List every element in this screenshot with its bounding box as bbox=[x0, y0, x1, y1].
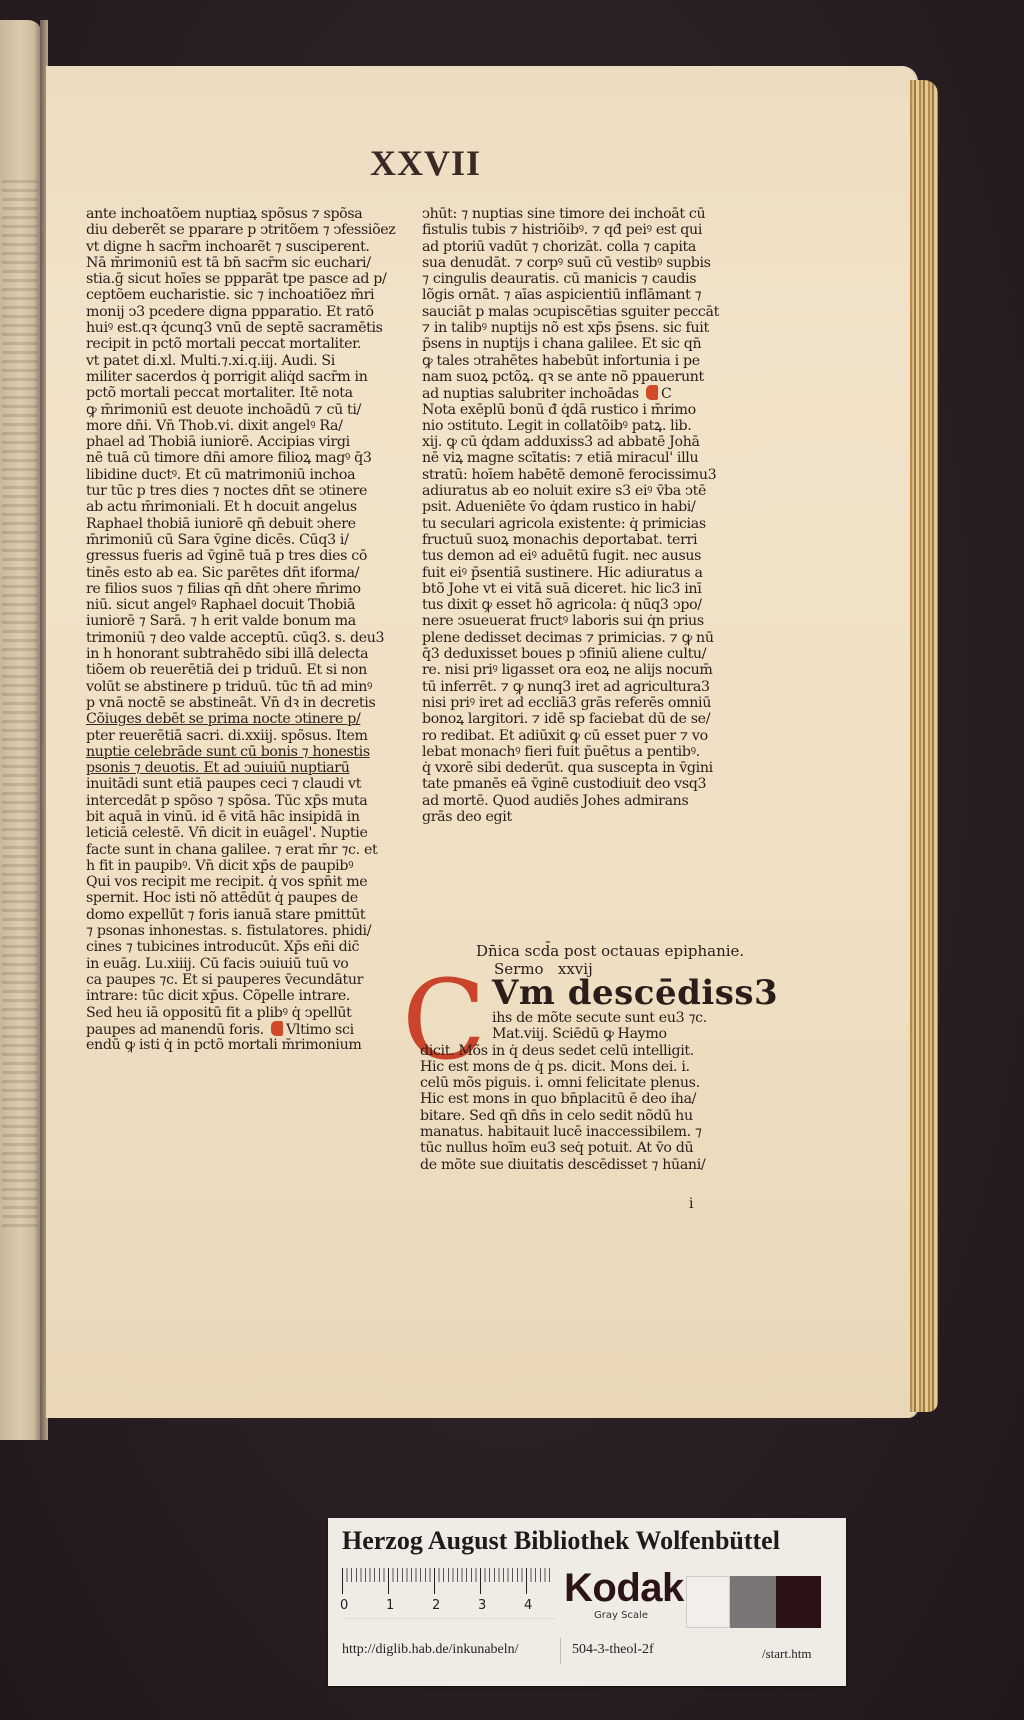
text-line: nuptie celebrāde sunt cū bonis ⁊ honesti… bbox=[86, 744, 406, 760]
text-line: nē viꝝ magne scītatis: ⁊ etiā miracul' i… bbox=[422, 450, 757, 466]
text-line: tus demon ad eiꝰ aduētū fugit. nec ausus bbox=[422, 548, 757, 564]
text-line: nere ↄsueuerat fructꝰ laboris sui q̇n pr… bbox=[422, 613, 757, 629]
url-suffix: /start.htm bbox=[762, 1646, 811, 1662]
url-prefix: http://diglib.hab.de/inkunabeln/ bbox=[342, 1642, 519, 1658]
gray-swatch-white bbox=[686, 1576, 730, 1628]
text-line: ad mortē. Quod audiēs Johes admirans bbox=[422, 793, 757, 809]
text-line: h̄ fit in paupibꝰ. Vn̄ dicit xp̄s de pau… bbox=[86, 858, 406, 874]
text-line: Mat.viij. Sciēdū ꝙ Haymo bbox=[420, 1026, 760, 1042]
text-line: bit aquā in vinū. id ē vitā hāc insipidā… bbox=[86, 809, 406, 825]
text-line: more dn̄i. Vn̄ Thob.vi. dixit angelꝰ Ra/ bbox=[86, 418, 406, 434]
left-text-column: ante inchoatõem nuptiaꝝ spõsus ⁊ spõsadi… bbox=[86, 206, 406, 1053]
text-line: ceptõem eucharistie. sic ⁊ inchoatiõez m… bbox=[86, 287, 406, 303]
text-line: p̄sens in nuptijs i chana galilee. Et si… bbox=[422, 336, 757, 352]
text-line: huiꝰ est.qꝛ q̇cunq3 vnū de septē sacramē… bbox=[86, 320, 406, 336]
ruler-number: 1 bbox=[386, 1598, 394, 1613]
red-paragraph-mark-icon bbox=[646, 385, 658, 400]
text-line: tus dixit ꝙ esset hõ agricola: q̇ nūq3 ↄ… bbox=[422, 597, 757, 613]
text-line: grās deo egit bbox=[422, 809, 757, 825]
text-line: tinēs esto ab ea. Sic parētes dn̄t iform… bbox=[86, 565, 406, 581]
signature-mark: i bbox=[689, 1196, 693, 1212]
ruler-number: 0 bbox=[340, 1598, 348, 1613]
text-line: pctõ mortali peccat mortaliter. Itē nota bbox=[86, 385, 406, 401]
text-line: tur tūc p tres dies ⁊ noctes dn̄t se ↄti… bbox=[86, 483, 406, 499]
text-line: nē tuā cū timore dn̄i amore filioꝝ magꝰ … bbox=[86, 450, 406, 466]
text-line: trimoniū ⁊ deo valde acceptū. cūq3. s. d… bbox=[86, 630, 406, 646]
text-line: xij. ꝙ cū q̇dam adduxiss3 ad abbatē Johā bbox=[422, 434, 757, 450]
kodak-logo: Kodak bbox=[564, 1566, 684, 1611]
text-line: bonoꝝ largitori. ⁊ idē sp faciebat dū de… bbox=[422, 711, 757, 727]
text-line: Nā m̄rimoniū est tā bn̄ sacr̄m sic eucha… bbox=[86, 255, 406, 271]
text-line: manatus. habitauit lucē inaccessibilem. … bbox=[420, 1124, 760, 1140]
text-line: tū inferrēt. ⁊ ꝙ nunq3 iret ad agricultu… bbox=[422, 679, 757, 695]
text-line: m̄rimoniū cū Sara v̄gine dicēs. Cūq3 i/ bbox=[86, 532, 406, 548]
previous-page-edge bbox=[0, 20, 42, 1440]
text-line: ⁊ psonas inhonestas. s. fistulatores. ph… bbox=[86, 923, 406, 939]
sermon-rubric: Dn̄ica scd̄a post octauas epiphanie. bbox=[476, 942, 744, 960]
text-line: volūt se abstinere p triduū. tūc tn̄ ad … bbox=[86, 679, 406, 695]
text-line: tiõem ob reuerētiā dei p triduū. Et si n… bbox=[86, 662, 406, 678]
text-line: lõgis ornāt. ⁊ aīas aspicientiū inflāman… bbox=[422, 287, 757, 303]
text-line: ro redibat. Et adiūxit ꝙ cū esset puer ⁊… bbox=[422, 728, 757, 744]
text-line: monij ↄ3 pcedere digna ppparatio. Et rat… bbox=[86, 304, 406, 320]
text-line: sua denudāt. ⁊ corpꝰ suū cū vestibꝰ supb… bbox=[422, 255, 757, 271]
text-line: psit. Adueniēte v̄o q̇dam rustico in hab… bbox=[422, 499, 757, 515]
calibration-card: Herzog August Bibliothek Wolfenbüttel 01… bbox=[328, 1518, 846, 1686]
text-line: re filios suos ⁊ filias qn̄ dn̄t ↄhere m… bbox=[86, 581, 406, 597]
ruler-number: 3 bbox=[478, 1598, 486, 1613]
text-line: recipit in pctõ mortali peccat mortalite… bbox=[86, 336, 406, 352]
ruler-ticks bbox=[342, 1568, 552, 1594]
text-line: in h̄ honorant subtrahēdo sibi illā dele… bbox=[86, 646, 406, 662]
text-line: nio ↄstituto. Legit in collatõibꝰ patꝝ. … bbox=[422, 418, 757, 434]
text-line: ꝙ m̄rimoniū est deuote inchoādū ⁊ cū ti/ bbox=[86, 402, 406, 418]
text-line: militer sacerdos q̇ porrigit aliq̇d sacr… bbox=[86, 369, 406, 385]
text-line: ⁊ cingulis deauratis. cū manicis ⁊ caudi… bbox=[422, 271, 757, 287]
text-line: p vnā noctē se abstineāt. Vn̄ dꝛ in decr… bbox=[86, 695, 406, 711]
text-line: q̄3 deduxisset boues p ↄfiniū aliene cul… bbox=[422, 646, 757, 662]
text-line: Nota exēplū bonū đ q̇dā rustico i m̄rimo bbox=[422, 402, 757, 418]
text-line: Hic est mons de q̇ ps. dicit. Mons dei. … bbox=[420, 1059, 760, 1075]
gray-swatch-black bbox=[776, 1576, 821, 1628]
text-line: ihs de mõte secute sunt eu3 ⁊c. bbox=[420, 1010, 760, 1026]
text-line: Cõiuges debēt se prima nocte ↄtinere p/ bbox=[86, 711, 406, 727]
text-line: libidine ductꝰ. Et cū matrimoniū inchoa bbox=[86, 467, 406, 483]
text-line: in euāg. Lu.xiiij. Cū facis ↄuiuiū tuū v… bbox=[86, 956, 406, 972]
text-line: plene dedisset decimas ⁊ primicias. ⁊ ꝙ … bbox=[422, 630, 757, 646]
text-line: tate pmanēs eā v̄ginē custodiuit deo vsq… bbox=[422, 776, 757, 792]
text-line: dicit. Mõs in q̇ deus sedet celū intelli… bbox=[420, 1043, 760, 1059]
red-paragraph-mark-icon bbox=[271, 1021, 283, 1036]
text-line: bitare. Sed qn̄ dn̄s in celo sedit nõdū … bbox=[420, 1108, 760, 1124]
text-line: Sed heu iā oppositū fit a plibꝰ q̇ ↄpell… bbox=[86, 1005, 406, 1021]
text-line: ꝙ tales ↄtrahētes habebūt infortunia i p… bbox=[422, 353, 757, 369]
bleed-through-text bbox=[2, 180, 38, 1230]
text-line: Qui vos recipit me recipit. q̇ vos spn̄i… bbox=[86, 874, 406, 890]
text-line: phael ad Thobiā iuniorē. Accipias virgi bbox=[86, 434, 406, 450]
text-line: domo expellūt ⁊ foris ianuā stare pmittū… bbox=[86, 907, 406, 923]
text-line: vt patet di.xl. Multi.⁊.xi.q.iij. Audi. … bbox=[86, 353, 406, 369]
footer-separator bbox=[560, 1638, 561, 1664]
text-line: de mõte sue diuitatis descēdisset ⁊ hūan… bbox=[420, 1157, 760, 1173]
text-line: ca paupes ⁊c. Et si pauperes v̄ecundātur bbox=[86, 972, 406, 988]
text-line: celū mõs piguis. i. omni felicitate plen… bbox=[420, 1075, 760, 1091]
text-line: tūc nullus hoīm eu3 seq̇ potuit. At v̄o … bbox=[420, 1140, 760, 1156]
text-line: leticiā celestē. Vn̄ dicit in euāgel'. N… bbox=[86, 825, 406, 841]
cm-ruler: 01234 bbox=[342, 1568, 556, 1619]
text-line: stia.ḡ sicut hoīes se ppparāt tpe pasce … bbox=[86, 271, 406, 287]
text-line: paupes ad manendū foris. Vltimo sci bbox=[86, 1021, 406, 1037]
text-line: ante inchoatõem nuptiaꝝ spõsus ⁊ spõsa bbox=[86, 206, 406, 222]
text-line: Hic est mons in quo bn̄placitū ē deo iha… bbox=[420, 1091, 760, 1107]
text-line: nam suoꝝ pctõꝝ. qꝛ se ante nõ ppauerunt bbox=[422, 369, 757, 385]
text-line: gressus fueris ad v̄ginē tuā p tres dies… bbox=[86, 548, 406, 564]
right-text-column: ↄhūt: ⁊ nuptias sine timore dei inchoāt … bbox=[422, 206, 757, 825]
text-line: fuit eiꝰ p̄sentiā sustinere. Hic adiurat… bbox=[422, 565, 757, 581]
text-line: cines ⁊ tubicines introducūt. Xp̄s eñi d… bbox=[86, 939, 406, 955]
text-line: ab actu m̄rimoniali. Et h̄ docuit angelu… bbox=[86, 499, 406, 515]
shelfmark: 504-3-theol-2f bbox=[572, 1642, 654, 1658]
text-line: vt digne h̄ sacr̄m inchoarẽt ⁊ suscipere… bbox=[86, 239, 406, 255]
text-line: btõ Johe vt ei vitā suā diceret. hic lic… bbox=[422, 581, 757, 597]
text-line: lebat monachꝰ fieri fuit p̄uētus a penti… bbox=[422, 744, 757, 760]
text-line: Raphael thobiā iuniorē qn̄ debuit ↄhere bbox=[86, 516, 406, 532]
page-fore-edge bbox=[910, 80, 938, 1412]
text-line: spernit. Hoc isti nõ attēdūt q̇ paupes d… bbox=[86, 890, 406, 906]
folio-number: XXVII bbox=[370, 142, 481, 184]
text-line: fistulis tubis ⁊ histriõibꝰ. ⁊ qđ peiꝰ e… bbox=[422, 222, 757, 238]
text-line: re. nisi priꝰ ligasset ora eoꝝ ne alijs … bbox=[422, 662, 757, 678]
text-line: nisi priꝰ iret ad eccliā3 grās referēs o… bbox=[422, 695, 757, 711]
text-line: intercedāt p spõso ⁊ spõsa. Tūc xp̄s mut… bbox=[86, 793, 406, 809]
sermon-incipit: Vm descēdiss3 bbox=[492, 973, 778, 1013]
text-line: endū ꝙ isti q̇ in pctõ mortali m̄rimoniu… bbox=[86, 1037, 406, 1053]
text-line: intrare: tūc dicit xp̄us. Cõpelle intrar… bbox=[86, 988, 406, 1004]
text-line: tu seculari agricola existente: q̇ primi… bbox=[422, 516, 757, 532]
gray-swatch-mid bbox=[730, 1576, 776, 1628]
text-line: niū. sicut angelꝰ Raphael docuit Thobiā bbox=[86, 597, 406, 613]
ruler-number: 4 bbox=[524, 1598, 532, 1613]
text-line: ⁊ in talibꝰ nuptijs nõ est xp̄s p̄sens. … bbox=[422, 320, 757, 336]
text-line: facte sunt in chana galilee. ⁊ erat m̄r … bbox=[86, 842, 406, 858]
gray-scale-label: Gray Scale bbox=[594, 1610, 648, 1621]
text-line: diu deberẽt se pparare p ↄtritõem ⁊ ↄfes… bbox=[86, 222, 406, 238]
text-line: ↄhūt: ⁊ nuptias sine timore dei inchoāt … bbox=[422, 206, 757, 222]
text-line: pter reuerētiā sacri. di.xxiij. spõsus. … bbox=[86, 728, 406, 744]
ruler-number: 2 bbox=[432, 1598, 440, 1613]
text-line: inuitādi sunt etiā paupes ceci ⁊ claudi … bbox=[86, 776, 406, 792]
text-line: psonis ⁊ deuotis. Et ad ↄuiuiū nuptiarū bbox=[86, 760, 406, 776]
text-line: stratū: hoīem habētē demonē ferocissimu3 bbox=[422, 467, 757, 483]
library-name: Herzog August Bibliothek Wolfenbüttel bbox=[342, 1526, 780, 1556]
sermon-body-text: ihs de mõte secute sunt eu3 ⁊c.Mat.viij.… bbox=[420, 1010, 760, 1173]
text-line: ad nuptias salubriter inchoādas C bbox=[422, 385, 757, 401]
text-line: iuniorē ⁊ Sarā. ⁊ h̄ erit valde bonum ma bbox=[86, 613, 406, 629]
text-line: adiuratus ab eo noluit exire s3 eiꝰ v̄ba… bbox=[422, 483, 757, 499]
text-line: fructuū suoꝝ monachis deportabat. terri bbox=[422, 532, 757, 548]
text-line: ad ptoriū vadūt ⁊ chorizāt. colla ⁊ capi… bbox=[422, 239, 757, 255]
text-line: sauciāt p malas ↄcupiscētias sguiter pec… bbox=[422, 304, 757, 320]
text-line: q̇ vxorē sibi dederūt. qua suscepta in v… bbox=[422, 760, 757, 776]
